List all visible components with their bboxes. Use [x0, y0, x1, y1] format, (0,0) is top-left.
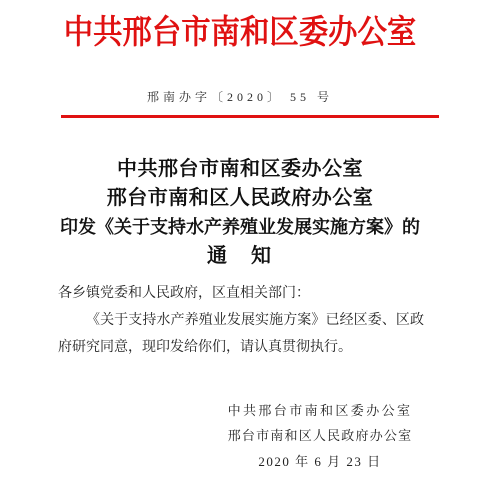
- document-page: 中共邢台市南和区委办公室 邢南办字〔2020〕 55 号 中共邢台市南和区委办公…: [0, 0, 480, 480]
- title-line-2: 邢台市南和区人民政府办公室: [0, 184, 480, 213]
- red-divider-line: [61, 115, 439, 118]
- notice-body: 各乡镇党委和人民政府，区直相关部门： 《关于支持水产养殖业发展实施方案》已经区委…: [58, 280, 424, 361]
- signature-date: 2020 年 6 月 23 日: [224, 449, 416, 474]
- body-paragraph: 《关于支持水产养殖业发展实施方案》已经区委、区政府研究同意，现印发给你们，请认真…: [58, 307, 424, 361]
- signature-org-1: 中共邢台市南和区委办公室: [224, 398, 416, 423]
- notice-title-block: 中共邢台市南和区委办公室 邢台市南和区人民政府办公室 印发《关于支持水产养殖业发…: [0, 155, 480, 271]
- title-line-1: 中共邢台市南和区委办公室: [0, 155, 480, 184]
- signature-org-2: 邢台市南和区人民政府办公室: [224, 423, 416, 448]
- document-number: 邢南办字〔2020〕 55 号: [0, 88, 480, 105]
- title-line-notice: 通 知: [0, 242, 480, 271]
- salutation-line: 各乡镇党委和人民政府，区直相关部门：: [58, 280, 424, 307]
- signature-block: 中共邢台市南和区委办公室 邢台市南和区人民政府办公室 2020 年 6 月 23…: [224, 398, 416, 474]
- masthead-issuing-office: 中共邢台市南和区委办公室: [26, 6, 453, 53]
- title-line-3: 印发《关于支持水产养殖业发展实施方案》的: [0, 213, 480, 242]
